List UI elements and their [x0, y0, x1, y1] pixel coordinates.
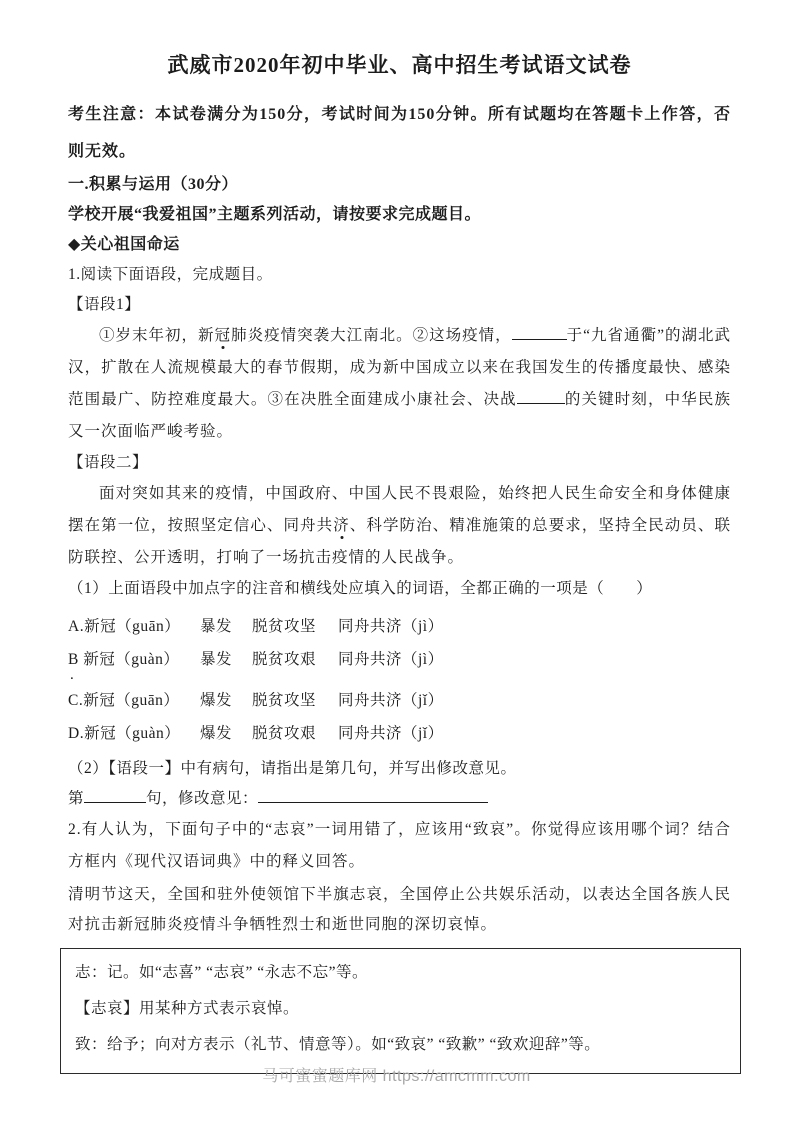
option-row-a: A.新冠（guān） 暴发 脱贫攻坚 同舟共济（jì）: [68, 610, 731, 643]
dictionary-entry-zhi-record: 志：记。如“志喜” “志哀” “永志不忘”等。: [75, 955, 724, 991]
question-2-quote: 清明节这天，全国和驻外使领馆下半旗志哀，全国停止公共娱乐活动，以表达全国各族人民…: [68, 880, 731, 940]
passage-1-label: 【语段1】: [68, 290, 731, 320]
question-2-stem: 2.有人认为，下面句子中的“志哀”一词用错了，应该用“致哀”。你觉得应该用哪个词…: [68, 814, 731, 878]
activity-intro: 学校开展“我爱祖国”主题系列活动，请按要求完成题目。: [68, 200, 731, 230]
emphasized-char-guan: 冠: [215, 327, 232, 344]
option-b-word-1: 暴发: [200, 643, 252, 676]
option-b-word-3: 同舟共济（jì）: [338, 643, 444, 676]
answer-fill-line: 第句，修改意见：: [68, 784, 731, 814]
option-c-word-3: 同舟共济（jǐ）: [338, 684, 444, 717]
dictionary-entry-zhi-give: 致：给予；向对方表示（礼节、情意等）。如“致哀” “致歉” “致欢迎辞”等。: [75, 1027, 724, 1063]
stray-period-mark: .: [70, 670, 74, 680]
question-1-1-stem: （1）上面语段中加点字的注音和横线处应填入的词语，全都正确的一项是（ ）: [68, 574, 731, 604]
option-c-word-1: 爆发: [200, 684, 252, 717]
passage-1-seg-2: 肺炎疫情突袭大江南北。②这场疫情，: [231, 327, 512, 344]
option-list: A.新冠（guān） 暴发 脱贫攻坚 同舟共济（jì） B 新冠（guàn） 暴…: [68, 610, 731, 750]
exam-paper-page: 武威市2020年初中毕业、高中招生考试语文试卷 考生注意：本试卷满分为150分，…: [0, 0, 793, 1074]
option-a-word-1: 暴发: [200, 610, 252, 643]
option-row-d: D.新冠（guàn） 爆发 脱贫攻艰 同舟共济（jǐ）: [68, 717, 731, 750]
section-heading: 一.积累与运用（30分）: [68, 170, 731, 200]
fill-blank-2: [517, 388, 565, 404]
answer-prefix: 第: [68, 790, 84, 807]
passage-1-seg-1: ①岁末年初，新: [99, 327, 215, 344]
option-d-label: D.新冠（guàn）: [68, 717, 200, 750]
question-1-2-stem: （2）【语段一】中有病句，请指出是第几句，并写出修改意见。: [68, 754, 731, 784]
passage-1-text: ①岁末年初，新冠肺炎疫情突袭大江南北。②这场疫情，于“九省通衢”的湖北武汉，扩散…: [68, 320, 731, 448]
option-d-word-2: 脱贫攻艰: [252, 717, 338, 750]
option-row-b: B 新冠（guàn） 暴发 脱贫攻艰 同舟共济（jì）: [68, 643, 731, 676]
option-a-word-2: 脱贫攻坚: [252, 610, 338, 643]
watermark-footer: 马可蜜蜜题库网 https://amcmm.com: [0, 1063, 793, 1086]
question-1-stem: 1.阅读下面语段，完成题目。: [68, 260, 731, 290]
answer-mid: 句，修改意见：: [146, 790, 258, 807]
passage-2-text: 面对突如其来的疫情，中国政府、中国人民不畏艰险，始终把人民生命安全和身体健康摆在…: [68, 478, 731, 574]
emphasized-char-ji: 济: [333, 517, 350, 534]
exam-notice: 考生注意：本试卷满分为150分，考试时间为150分钟。所有试题均在答题卡上作答，…: [68, 96, 731, 170]
option-a-label: A.新冠（guān）: [68, 610, 200, 643]
option-b-label: B 新冠（guàn）: [68, 643, 200, 676]
dictionary-entry-zhiai: 【志哀】用某种方式表示哀悼。: [75, 991, 724, 1027]
option-c-label: C.新冠（guān）: [68, 684, 200, 717]
option-row-c: C.新冠（guān） 爆发 脱贫攻坚 同舟共济（jǐ）: [68, 684, 731, 717]
option-d-word-1: 爆发: [200, 717, 252, 750]
option-c-word-2: 脱贫攻坚: [252, 684, 338, 717]
fill-blank-1: [512, 324, 567, 340]
answer-blank-revision: [258, 787, 488, 803]
option-a-word-3: 同舟共济（jì）: [338, 610, 444, 643]
dictionary-box: 志：记。如“志喜” “志哀” “永志不忘”等。 【志哀】用某种方式表示哀悼。 致…: [60, 948, 741, 1074]
option-b-word-2: 脱贫攻艰: [252, 643, 338, 676]
page-title: 武威市2020年初中毕业、高中招生考试语文试卷: [68, 50, 731, 80]
passage-2-label: 【语段二】: [68, 448, 731, 478]
answer-blank-sentence-number: [84, 787, 146, 803]
theme-heading: ◆关心祖国命运: [68, 230, 731, 260]
option-d-word-3: 同舟共济（jǐ）: [338, 717, 444, 750]
